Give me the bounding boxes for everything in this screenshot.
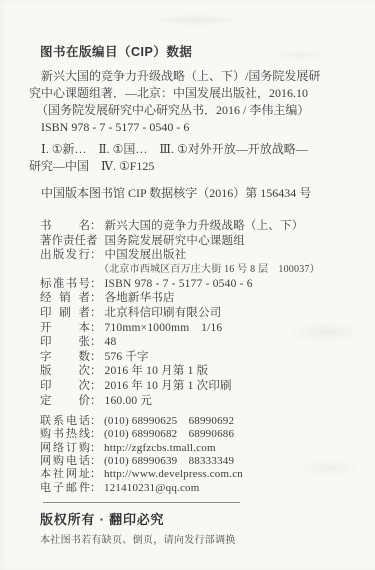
label-colon: ： (90, 322, 102, 334)
label-colon: ： (90, 455, 101, 467)
colophon-row-value: 北京科信印刷有限公司 (105, 307, 222, 319)
colophon-row-label: 著作责任者 (40, 234, 90, 249)
errata-note: 本社图书若有缺页、倒页，请向发行部调换 (40, 531, 349, 546)
divider-line (43, 502, 240, 503)
cip-line: 新兴大国的竞争力升级战略（上、下）/国务院发展研 (29, 68, 349, 85)
colophon-row-label: 标准书号 (40, 277, 90, 292)
cip-registry-line: 中国版本图书馆 CIP 数据核字（2016）第 156434 号 (29, 185, 349, 202)
colophon-row-label: 印刷者 (40, 306, 90, 321)
label-colon: ： (90, 249, 102, 261)
contact-row-label: 网络订购 (40, 442, 90, 455)
contact-row-label: 本社网址 (40, 468, 90, 481)
label-colon: ： (90, 365, 102, 377)
label-colon: ： (90, 395, 102, 407)
cip-series-line: （国务院发展研究中心研究丛书．2016 / 李伟主编） (29, 102, 349, 119)
label-colon: ： (90, 351, 102, 363)
label-colon: ： (90, 482, 101, 494)
cip-class-line: Ⅰ. ①新… Ⅱ. ①国… Ⅲ. ①对外开放—开放战略— (29, 141, 349, 158)
contact-row-order-phone: 网购电话：(010) 68990639 88333349 (29, 455, 349, 468)
colophon-row-printer: 印刷者：北京科信印刷有限公司 (29, 306, 349, 321)
label-colon: ： (90, 307, 102, 319)
contact-row-email: 电子邮件：121410231@qq.com (29, 482, 349, 495)
contact-row-value: http://www.develpress.com.cn (104, 468, 243, 480)
contact-row-phone: 联系电话：(010) 68990625 68990692 (29, 415, 349, 428)
page-content: 图书在版编目（CIP）数据 新兴大国的竞争力升级战略（上、下）/国务院发展研 究… (0, 0, 375, 546)
colophon-row-author: 著作责任者：国务院发展研究中心课题组 (29, 234, 349, 249)
label-colon: ： (90, 292, 102, 304)
colophon-table: 书名：新兴大国的竞争力升级战略（上、下） 著作责任者：国务院发展研究中心课题组 … (29, 219, 349, 408)
colophon-row-value: 2016 年 10 月第 1 次印刷 (105, 380, 232, 392)
colophon-row-sheets: 印张：48 (29, 335, 349, 350)
contact-row-label: 购书热线 (40, 428, 90, 441)
label-colon: ： (90, 415, 101, 427)
colophon-row-label: 印次 (40, 379, 90, 394)
contact-row-hotline: 购书热线：(010) 68990682 68990686 (29, 428, 349, 441)
label-colon: ： (90, 220, 102, 232)
colophon-row-wordcount: 字数：576 千字 (29, 350, 349, 365)
cip-classification: Ⅰ. ①新… Ⅱ. ①国… Ⅲ. ①对外开放—开放战略— 研究—中国 Ⅳ. ①F… (29, 141, 349, 175)
colophon-row-title: 书名：新兴大国的竞争力升级战略（上、下） (29, 219, 349, 234)
colophon-row-price: 定价：160.00 元 (29, 394, 349, 409)
label-colon: ： (90, 442, 101, 454)
colophon-row-distributor: 经销者：各地新华书店 (29, 291, 349, 306)
colophon-row-label: 字数 (40, 350, 90, 365)
colophon-row-label: 书名 (40, 219, 90, 234)
copyright-notice: 版权所有 · 翻印必究 (40, 509, 349, 528)
colophon-row-label: 出版发行 (40, 248, 90, 263)
colophon-row-label: 经销者 (40, 291, 90, 306)
contact-row-online-store: 网络订购：http://zgfzcbs.tmall.com (29, 442, 349, 455)
colophon-row-value: 国务院发展研究中心课题组 (105, 235, 245, 247)
label-colon: ： (90, 278, 102, 290)
cip-description: 新兴大国的竞争力升级战略（上、下）/国务院发展研 究中心课题组著．—北京：中国发… (29, 68, 349, 136)
cip-line: 究中心课题组著．—北京：中国发展出版社，2016.10 (29, 85, 349, 102)
label-colon: ： (90, 380, 102, 392)
cip-header: 图书在版编目（CIP）数据 (29, 44, 349, 60)
colophon-row-label: 定价 (40, 394, 90, 409)
colophon-row-value: 48 (105, 336, 117, 348)
contact-row-value: http://zgfzcbs.tmall.com (104, 442, 216, 454)
publisher-address: （北京市西城区百万庄大街 16 号 8 层 100037） (29, 263, 349, 277)
colophon-row-edition: 版次：2016 年 10 月第 1 版 (29, 364, 349, 379)
colophon-row-value: 576 千字 (105, 351, 149, 363)
colophon-row-value: ISBN 978 - 7 - 5177 - 0540 - 6 (105, 278, 253, 290)
contact-row-value: (010) 68990682 68990686 (104, 428, 234, 440)
contact-row-label: 网购电话 (40, 455, 90, 468)
colophon-row-label: 版次 (40, 364, 90, 379)
colophon-row-printing: 印次：2016 年 10 月第 1 次印刷 (29, 379, 349, 394)
colophon-row-label: 开本 (40, 321, 90, 336)
label-colon: ： (90, 468, 101, 480)
label-colon: ： (90, 336, 102, 348)
colophon-row-publisher: 出版发行：中国发展出版社 (29, 248, 349, 263)
contact-row-value: (010) 68990625 68990692 (104, 415, 234, 427)
colophon-row-value: 各地新华书店 (105, 292, 175, 304)
colophon-row-value: 710mm×1000mm 1/16 (105, 322, 223, 334)
contact-row-website: 本社网址：http://www.develpress.com.cn (29, 468, 349, 481)
colophon-row-label: 印张 (40, 335, 90, 350)
cip-isbn-line: ISBN 978 - 7 - 5177 - 0540 - 6 (29, 119, 349, 136)
colophon-row-value: 160.00 元 (105, 395, 153, 407)
contact-row-value: 121410231@qq.com (104, 482, 200, 494)
colophon-row-value: 新兴大国的竞争力升级战略（上、下） (105, 220, 304, 232)
contact-row-value: (010) 68990639 88333349 (104, 455, 234, 467)
scanned-copyright-page: 图书在版编目（CIP）数据 新兴大国的竞争力升级战略（上、下）/国务院发展研 究… (0, 0, 375, 570)
contact-table: 联系电话：(010) 68990625 68990692 购书热线：(010) … (29, 415, 349, 495)
contact-row-label: 电子邮件 (40, 482, 90, 495)
cip-class-line: 研究—中国 Ⅳ. ①F125 (29, 158, 349, 175)
colophon-row-isbn: 标准书号：ISBN 978 - 7 - 5177 - 0540 - 6 (29, 277, 349, 292)
colophon-row-value: 中国发展出版社 (105, 249, 187, 261)
colophon-row-value: 2016 年 10 月第 1 版 (105, 365, 209, 377)
colophon-row-format: 开本：710mm×1000mm 1/16 (29, 321, 349, 336)
label-colon: ： (90, 235, 102, 247)
label-colon: ： (90, 428, 101, 440)
contact-row-label: 联系电话 (40, 415, 90, 428)
